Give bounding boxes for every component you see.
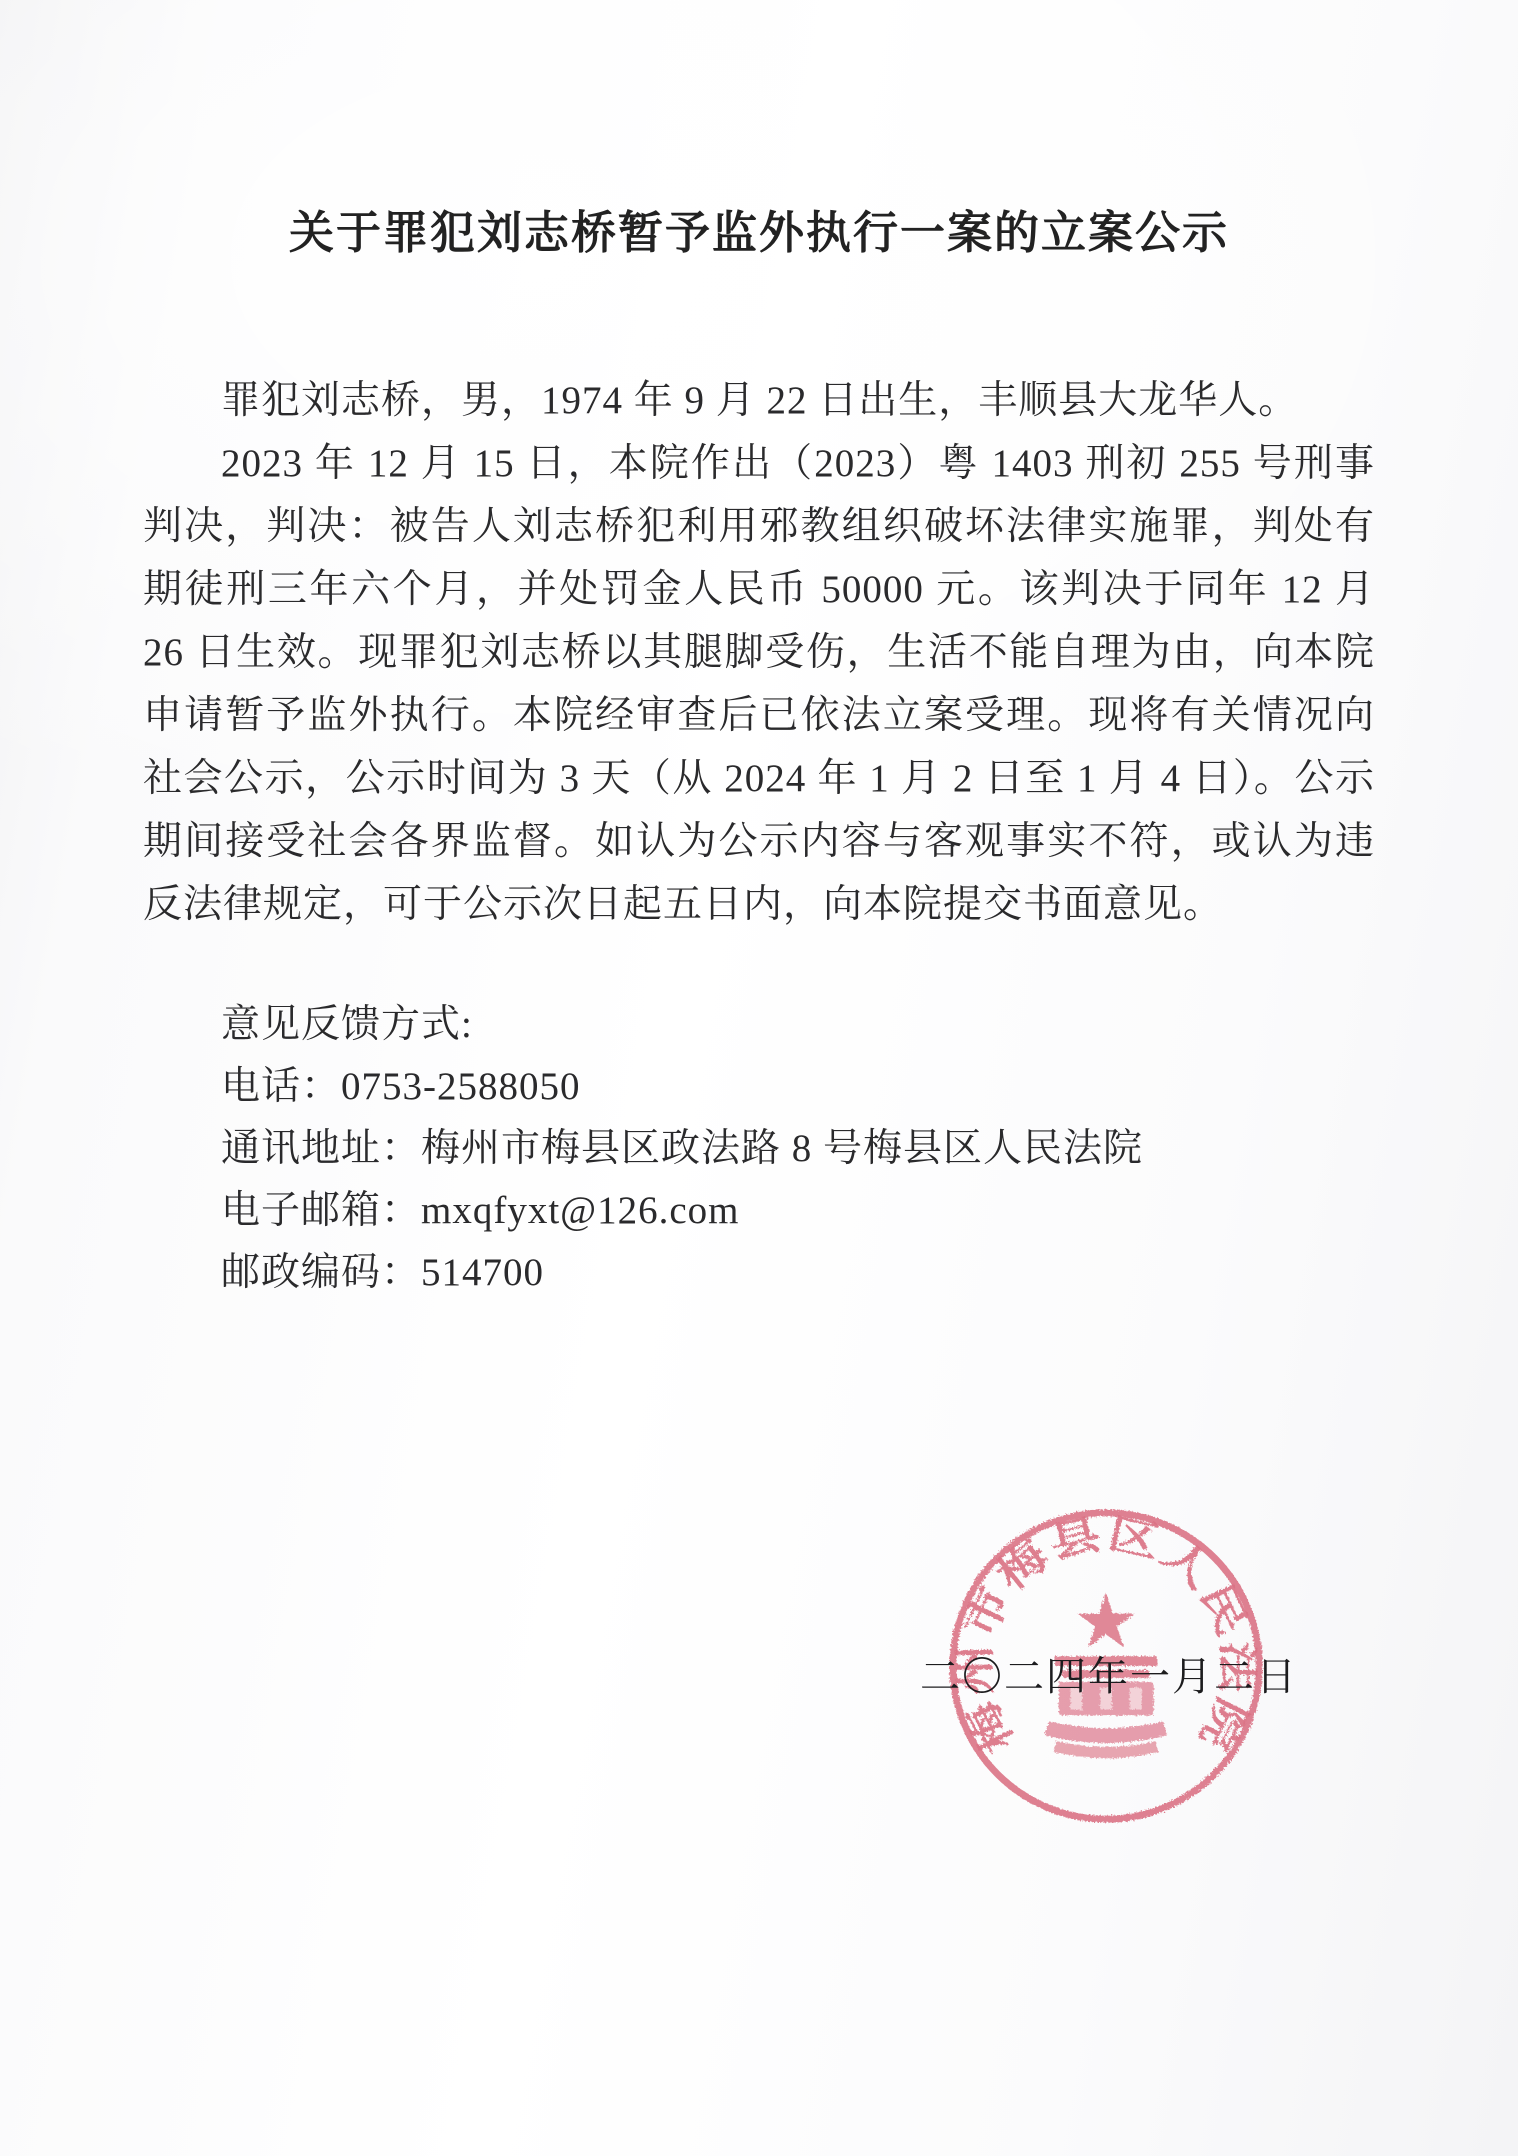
- contact-postcode: 邮政编码：514700: [143, 1242, 1375, 1304]
- contact-phone: 电话：0753-2588050: [143, 1056, 1375, 1118]
- seal-court-name-text: 梅州市梅县区人民法院: [952, 1510, 1260, 1759]
- contact-address: 通讯地址：梅州市梅县区政法路 8 号梅县区人民法院: [143, 1118, 1375, 1180]
- contact-email: 电子邮箱：mxqfyxt@126.com: [143, 1180, 1375, 1242]
- scanned-court-notice-page: 关于罪犯刘志桥暂予监外执行一案的立案公示 罪犯刘志桥，男，1974 年 9 月 …: [0, 0, 1518, 2156]
- feedback-heading: 意见反馈方式:: [143, 994, 1375, 1056]
- feedback-contact-block: 意见反馈方式: 电话：0753-2588050 通讯地址：梅州市梅县区政法路 8…: [143, 994, 1375, 1304]
- paragraph-defendant-info: 罪犯刘志桥，男，1974 年 9 月 22 日出生，丰顺县大龙华人。: [143, 369, 1375, 432]
- document-title: 关于罪犯刘志桥暂予监外执行一案的立案公示: [0, 0, 1518, 261]
- issue-date: 二〇二四年一月二日: [920, 1645, 1310, 1702]
- paragraph-case-details: 2023 年 12 月 15 日，本院作出（2023）粤 1403 刑初 255…: [143, 432, 1375, 936]
- notice-body: 罪犯刘志桥，男，1974 年 9 月 22 日出生，丰顺县大龙华人。 2023 …: [143, 369, 1375, 936]
